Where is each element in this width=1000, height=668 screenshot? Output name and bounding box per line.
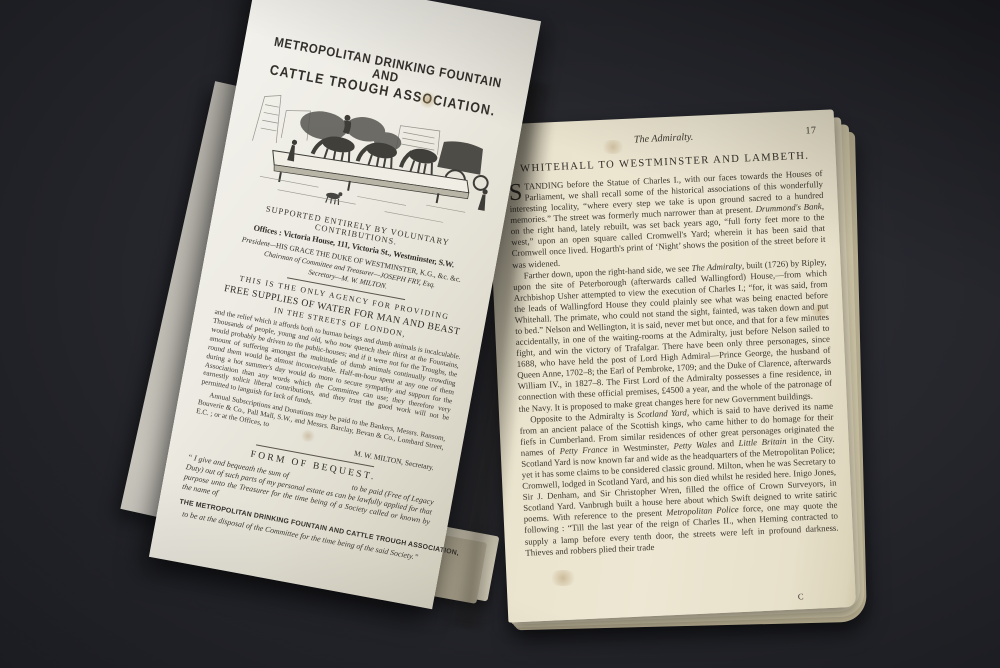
paragraph-2: Farther down, upon the right-hand side, …: [513, 256, 833, 414]
advertisement-page: METROPOLITAN DRINKING FOUNTAIN AND CATTL…: [149, 0, 541, 609]
paragraph-1: STANDING before the Statue of Charles I.…: [508, 168, 826, 271]
running-head-row: The Admiralty. 17: [507, 126, 821, 154]
printer-signature-mark: C: [798, 591, 804, 601]
right-page: The Admiralty. 17 WHITEHALL TO WESTMINST…: [486, 109, 856, 622]
paragraph-3: Opposite to the Admiralty is Scotland Ya…: [519, 400, 839, 558]
running-head: The Admiralty.: [634, 132, 694, 146]
book-photograph: PLATE I. The Admiralty. 17 WHITEHALL TO …: [0, 0, 1000, 668]
page-number: 17: [805, 125, 816, 136]
